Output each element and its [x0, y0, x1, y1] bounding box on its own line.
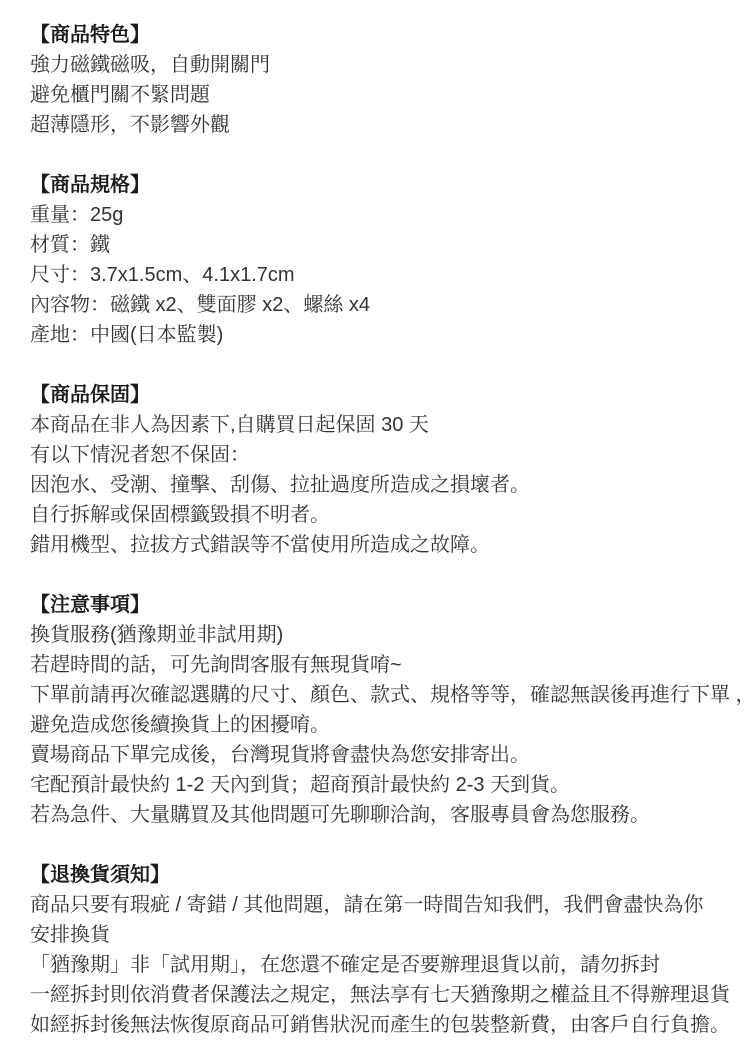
- text-line: 宅配預計最快約 1-2 天內到貨；超商預計最快約 2-3 天到貨。: [30, 770, 738, 800]
- section-notes: 【注意事項】 換貨服務(猶豫期並非試用期) 若趕時間的話，可先詢問客服有無現貨唷…: [30, 590, 738, 830]
- spec-origin: 產地：中國(日本監製): [30, 320, 738, 350]
- section-heading-features: 【商品特色】: [30, 20, 738, 50]
- text-line: 自行拆解或保固標籤毀損不明者。: [30, 500, 738, 530]
- text-line: 本商品在非人為因素下,自購買日起保固 30 天: [30, 410, 738, 440]
- text-line: 換貨服務(猶豫期並非試用期): [30, 620, 738, 650]
- text-line: 若為急件、大量購買及其他問題可先聊聊洽詢，客服專員會為您服務。: [30, 800, 738, 830]
- text-line: 下單前請再次確認選購的尺寸、顏色、款式、規格等等，確認無誤後再進行下單 ，: [30, 680, 738, 710]
- text-line: 賣場商品下單完成後，台灣現貨將會盡快為您安排寄出。: [30, 740, 738, 770]
- section-heading-warranty: 【商品保固】: [30, 380, 738, 410]
- spec-contents: 內容物：磁鐵 x2、雙面膠 x2、螺絲 x4: [30, 290, 738, 320]
- text-line: 「猶豫期」非「試用期」，在您還不確定是否要辦理退貨以前，請勿拆封: [30, 950, 738, 980]
- spec-size: 尺寸：3.7x1.5cm、4.1x1.7cm: [30, 260, 738, 290]
- spec-weight: 重量：25g: [30, 200, 738, 230]
- text-line: 一經拆封則依消費者保護法之規定，無法享有七天猶豫期之權益且不得辦理退貨: [30, 980, 738, 1010]
- section-specs: 【商品規格】 重量：25g 材質：鐵 尺寸：3.7x1.5cm、4.1x1.7c…: [30, 170, 738, 350]
- section-heading-specs: 【商品規格】: [30, 170, 738, 200]
- text-line: 強力磁鐵磁吸，自動開關門: [30, 50, 738, 80]
- text-line: 超薄隱形，不影響外觀: [30, 110, 738, 140]
- text-line: 有以下情況者恕不保固：: [30, 440, 738, 470]
- text-line: 因泡水、受潮、撞擊、刮傷、拉扯過度所造成之損壞者。: [30, 470, 738, 500]
- text-line: 安排換貨: [30, 920, 738, 950]
- text-line: 如經拆封後無法恢復原商品可銷售狀況而產生的包裝整新費，由客戶自行負擔。: [30, 1010, 738, 1040]
- section-heading-notes: 【注意事項】: [30, 590, 738, 620]
- section-returns: 【退換貨須知】 商品只要有瑕疵 / 寄錯 / 其他問題，請在第一時間告知我們，我…: [30, 860, 738, 1040]
- section-heading-returns: 【退換貨須知】: [30, 860, 738, 890]
- text-line: 錯用機型、拉拔方式錯誤等不當使用所造成之故障。: [30, 530, 738, 560]
- section-warranty: 【商品保固】 本商品在非人為因素下,自購買日起保固 30 天 有以下情況者恕不保…: [30, 380, 738, 560]
- text-line: 商品只要有瑕疵 / 寄錯 / 其他問題，請在第一時間告知我們，我們會盡快為你: [30, 890, 738, 920]
- product-description: 【商品特色】 強力磁鐵磁吸，自動開關門 避免櫃門關不緊問題 超薄隱形，不影響外觀…: [0, 0, 750, 1040]
- text-line: 避免櫃門關不緊問題: [30, 80, 738, 110]
- section-features: 【商品特色】 強力磁鐵磁吸，自動開關門 避免櫃門關不緊問題 超薄隱形，不影響外觀: [30, 20, 738, 140]
- spec-material: 材質：鐵: [30, 230, 738, 260]
- text-line: 避免造成您後續換貨上的困擾唷。: [30, 710, 738, 740]
- text-line: 若趕時間的話，可先詢問客服有無現貨唷~: [30, 650, 738, 680]
